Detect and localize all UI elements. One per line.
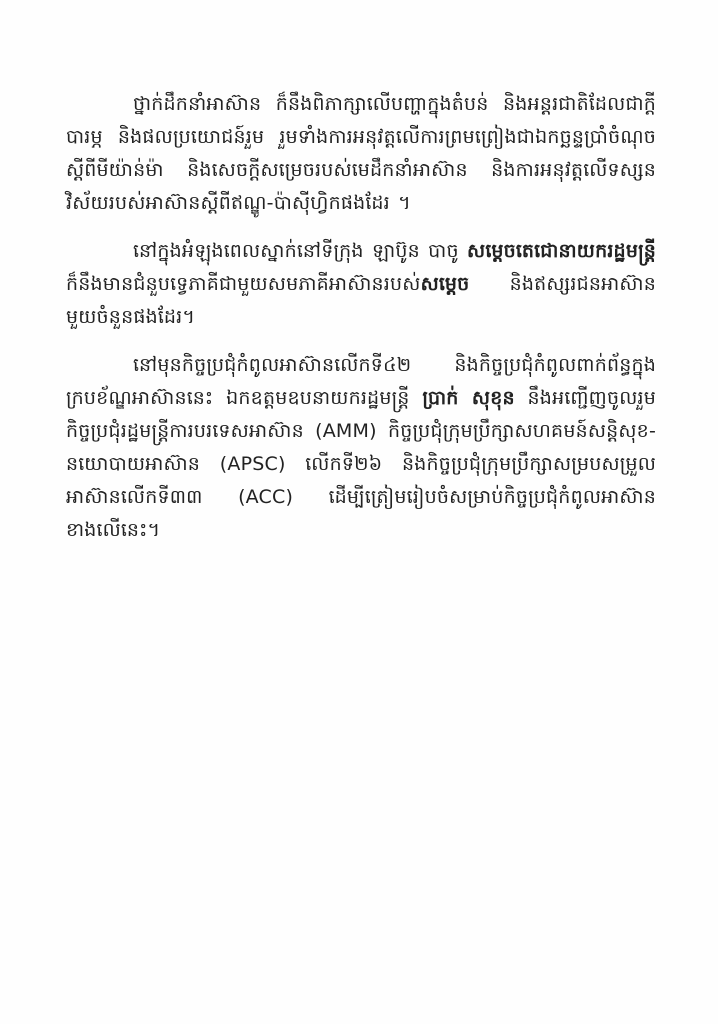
paragraph-2-text-middle: ក៏នឹងមានជំនួបទ្វេភាគីជាមួយសមភាគីអាស៊ានរប… [66,273,421,295]
paragraph-3-text-after-name: នឹងអញ្ជើញចូលរួមកិច្ចប្រជុំរដ្ឋមន្ត្រីការ… [66,387,656,541]
paragraph-ministerial-meetings: នៅមុនកិច្ចប្រជុំកំពូលអាស៊ានលើកទី៤២ និងកិ… [66,349,656,547]
samdech-techo-pm-title-bold: សម្ដេចតេជោនាយករដ្ឋមន្ត្រី [467,240,656,262]
paragraph-2-text-before-title: នៅក្នុងអំឡុងពេលស្នាក់នៅទីក្រុង ឡាប៊ូន បា… [133,240,467,262]
document-page: ថ្នាក់ដឹកនាំអាស៊ាន ក៏នឹងពិភាក្សាលើបញ្ហាក… [0,0,718,1024]
document-body: ថ្នាក់ដឹកនាំអាស៊ាន ក៏នឹងពិភាក្សាលើបញ្ហាក… [66,88,656,547]
paragraph-asean-leaders-agenda: ថ្នាក់ដឹកនាំអាស៊ាន ក៏នឹងពិភាក្សាលើបញ្ហាក… [66,88,656,220]
paragraph-bilateral-meetings: នៅក្នុងអំឡុងពេលស្នាក់នៅទីក្រុង ឡាប៊ូន បា… [66,235,656,334]
prak-sokhonn-name-bold: ប្រាក់ សុខុន [422,387,514,409]
samdech-title-bold: សម្ដេច [421,273,470,295]
paragraph-1-text: ថ្នាក់ដឹកនាំអាស៊ាន ក៏នឹងពិភាក្សាលើបញ្ហាក… [66,93,656,214]
